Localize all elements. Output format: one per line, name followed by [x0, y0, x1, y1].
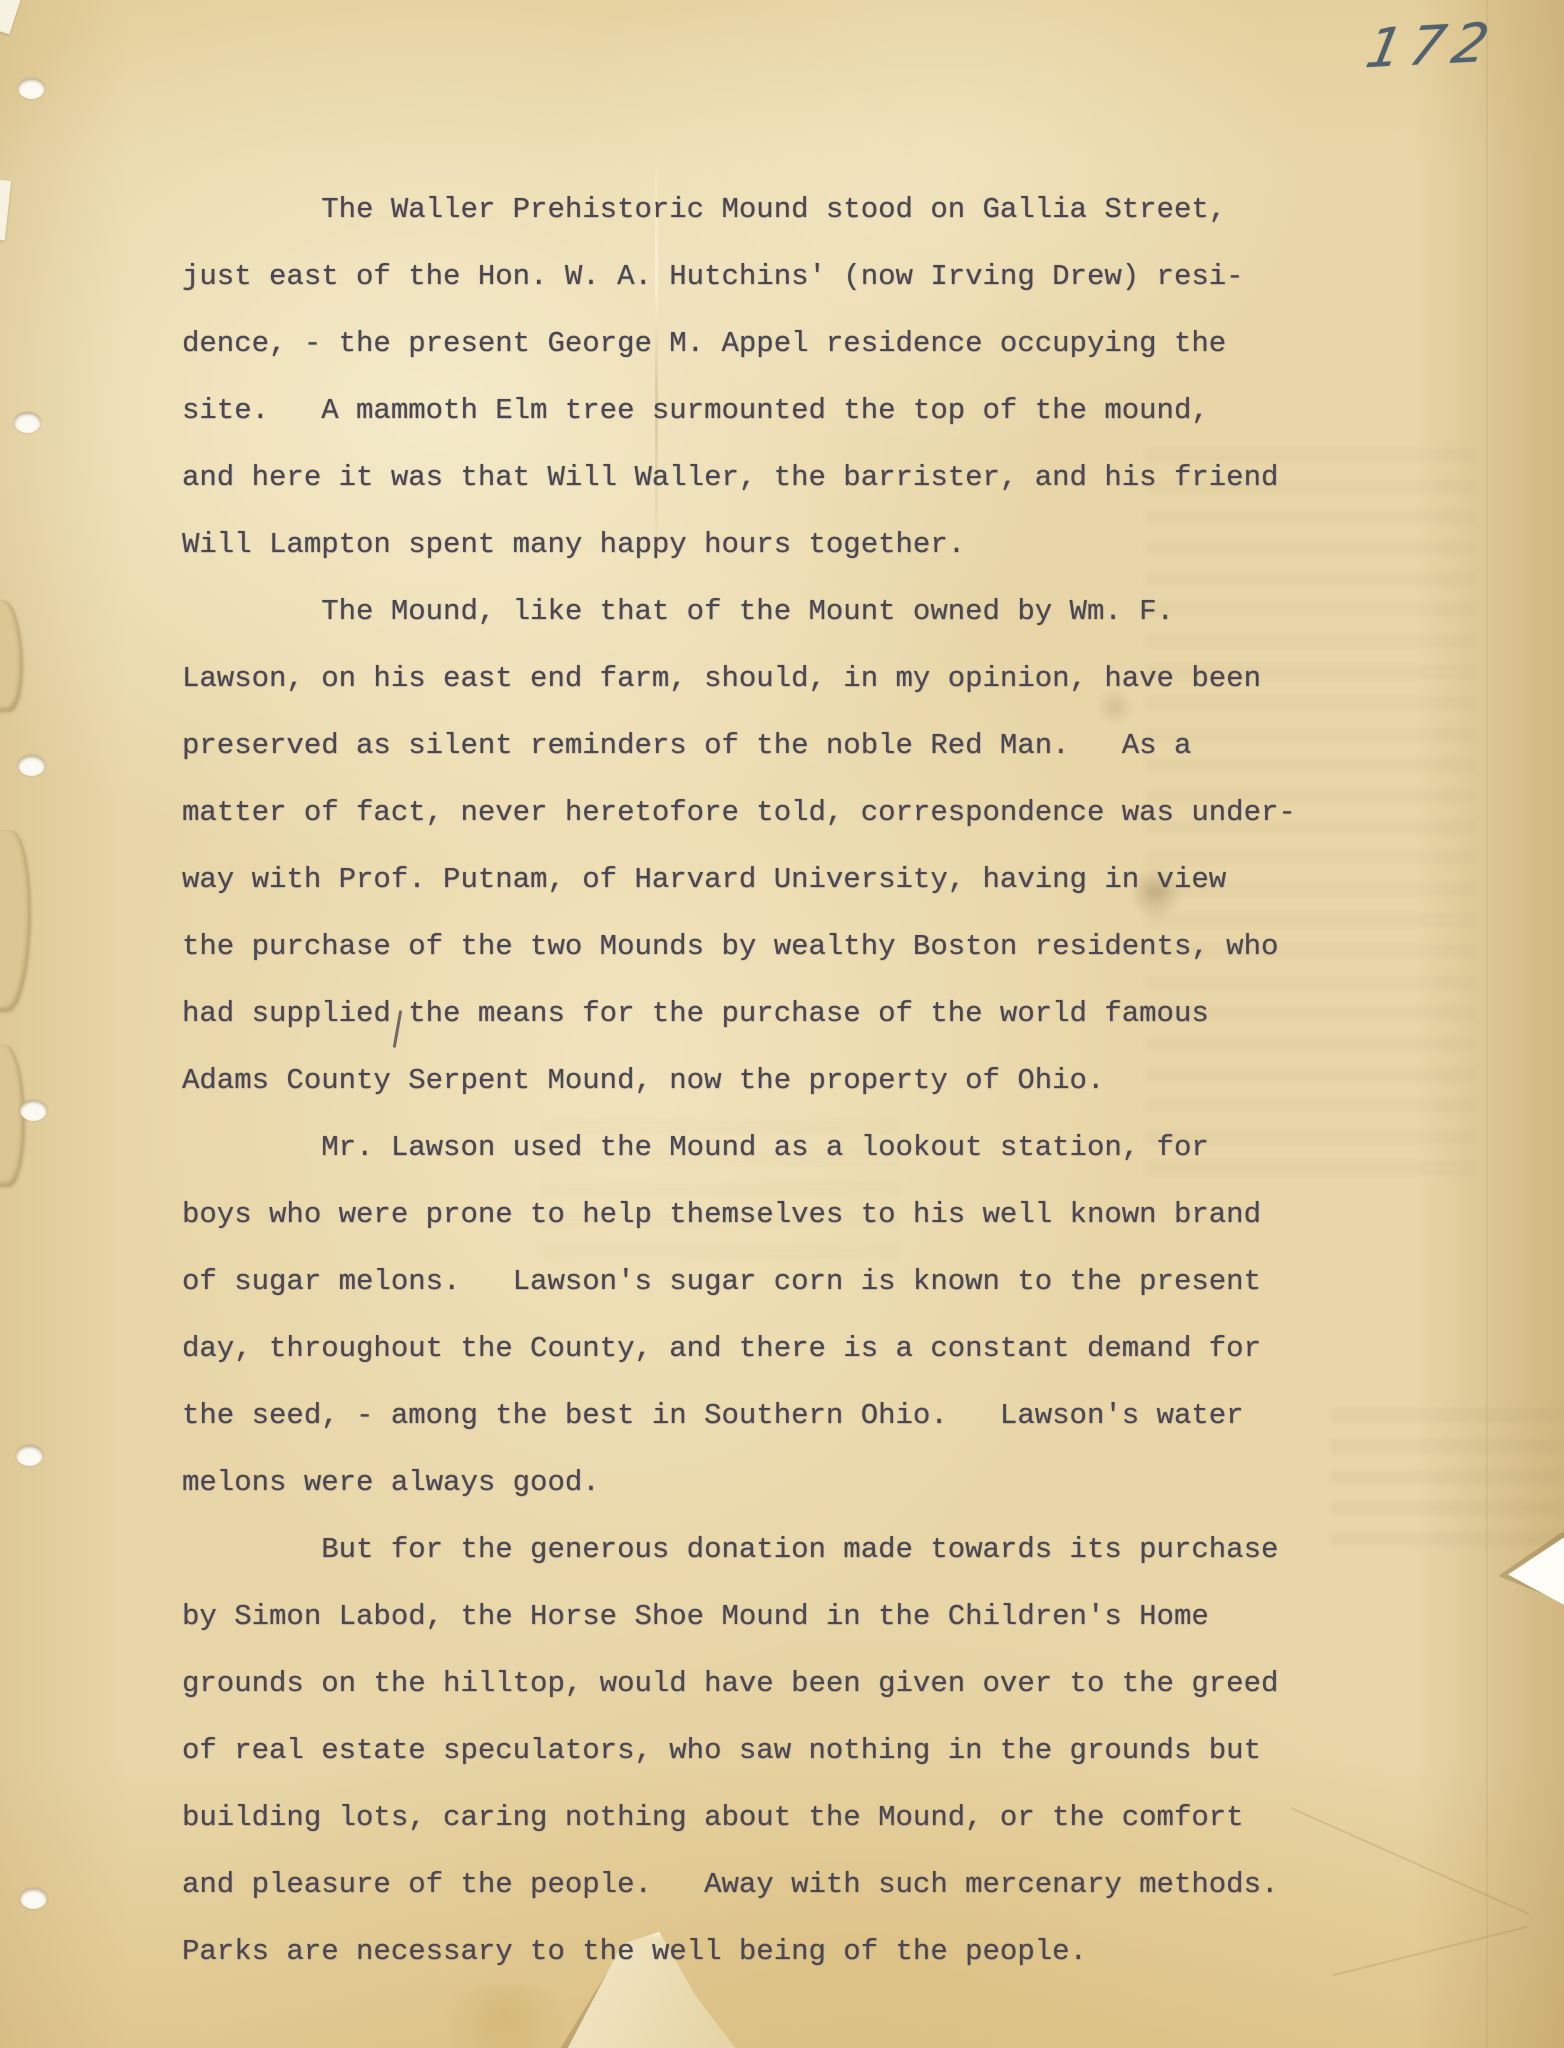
corner-tear	[0, 179, 11, 240]
punch-hole	[18, 78, 45, 99]
paper-tear	[0, 600, 22, 710]
typed-line: The Mound, like that of the Mount owned …	[182, 578, 1296, 645]
punch-hole	[16, 1445, 43, 1466]
typed-line: by Simon Labod, the Horse Shoe Mound in …	[182, 1583, 1296, 1650]
typed-line: preserved as silent reminders of the nob…	[182, 712, 1296, 779]
typed-line: had supplied the means for the purchase …	[182, 980, 1296, 1047]
punch-hole	[18, 755, 45, 776]
typed-line: grounds on the hilltop, would have been …	[182, 1650, 1296, 1717]
typed-line: Lawson, on his east end farm, should, in…	[182, 645, 1296, 712]
typed-line: Mr. Lawson used the Mound as a lookout s…	[182, 1114, 1296, 1181]
punch-hole	[20, 1888, 47, 1909]
typed-line: the seed, - among the best in Southern O…	[182, 1382, 1296, 1449]
typed-line: of real estate speculators, who saw noth…	[182, 1717, 1296, 1784]
page-number: 172	[1361, 11, 1502, 81]
typed-line: way with Prof. Putnam, of Harvard Univer…	[182, 846, 1296, 913]
stain	[430, 1985, 580, 2048]
paper-crease	[1486, 0, 1488, 2048]
typed-line: But for the generous donation made towar…	[182, 1516, 1296, 1583]
paper-tear	[0, 830, 30, 1010]
bleedthrough-text	[1330, 1408, 1564, 1553]
typed-text-block: The Waller Prehistoric Mound stood on Ga…	[182, 176, 1296, 1985]
paper-crease	[1291, 1807, 1529, 1915]
typed-line: Will Lampton spent many happy hours toge…	[182, 511, 1296, 578]
typed-line: dence, - the present George M. Appel res…	[182, 310, 1296, 377]
typed-line: of sugar melons. Lawson's sugar corn is …	[182, 1248, 1296, 1315]
typed-line: The Waller Prehistoric Mound stood on Ga…	[182, 176, 1296, 243]
corner-tear	[0, 0, 22, 34]
typed-line: just east of the Hon. W. A. Hutchins' (n…	[182, 243, 1296, 310]
typed-line: matter of fact, never heretofore told, c…	[182, 779, 1296, 846]
typed-line: melons were always good.	[182, 1449, 1296, 1516]
typed-line: the purchase of the two Mounds by wealth…	[182, 913, 1296, 980]
typed-line: Adams County Serpent Mound, now the prop…	[182, 1047, 1296, 1114]
typed-line: boys who were prone to help themselves t…	[182, 1181, 1296, 1248]
typed-line: site. A mammoth Elm tree surmounted the …	[182, 377, 1296, 444]
punch-hole	[14, 412, 41, 433]
punch-hole	[20, 1100, 47, 1121]
typed-line: Parks are necessary to the well being of…	[182, 1918, 1296, 1985]
paper-crease	[1333, 1926, 1528, 1976]
typed-line: day, throughout the County, and there is…	[182, 1315, 1296, 1382]
typed-line: building lots, caring nothing about the …	[182, 1784, 1296, 1851]
typed-line: and pleasure of the people. Away with su…	[182, 1851, 1296, 1918]
typescript-page: 172 The Waller Prehistoric Mound stood o…	[0, 0, 1564, 2048]
typed-line: and here it was that Will Waller, the ba…	[182, 444, 1296, 511]
